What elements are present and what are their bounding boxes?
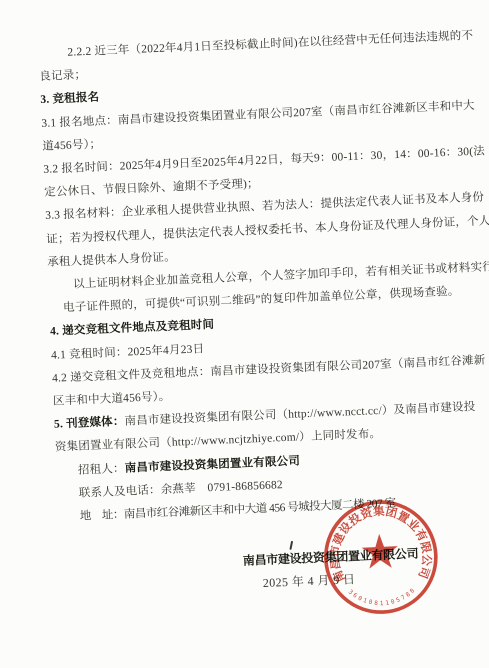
doc-text: 承租人提供本人身份证。 bbox=[47, 251, 176, 268]
scanned-document-page: 2.2.2 近三年（2022年4月1日至投标截止时间)在以往经营中无任何违法违规… bbox=[0, 0, 489, 668]
doc-text-bold: 4. 递交竞租文件地点及竞租时间 bbox=[50, 319, 215, 338]
doc-text: 道456号）； bbox=[42, 138, 101, 152]
doc-text: 招租人： bbox=[78, 462, 125, 476]
doc-text: 良记录； bbox=[39, 69, 86, 83]
doc-text: 联系人及电话：余燕莘 0791-86856682 bbox=[79, 479, 283, 500]
doc-text: 4.1 竞租时间：2025年4月23日 bbox=[51, 343, 205, 361]
official-seal: 南昌市建设投资集团置业有限公司 3601081105780 bbox=[303, 479, 459, 635]
seal-star-icon bbox=[361, 533, 399, 569]
doc-text-bold: 南昌市建设投资集团置业有限公司 bbox=[124, 455, 300, 474]
document-lines: 2.2.2 近三年（2022年4月1日至投标截止时间)在以往经营中无任何违法违规… bbox=[38, 25, 482, 530]
document-body: 2.2.2 近三年（2022年4月1日至投标截止时间)在以往经营中无任何违法违规… bbox=[38, 25, 482, 530]
doc-text-bold: 5. 刊登媒体： bbox=[54, 416, 125, 431]
doc-text-bold: 3. 竞租报名 bbox=[40, 92, 99, 106]
doc-text: 定公休日、节假日除外、逾期不予受理)； bbox=[44, 178, 259, 199]
stray-ink-mark bbox=[289, 541, 293, 550]
doc-text: 区丰和中大道456号）。 bbox=[53, 391, 171, 408]
